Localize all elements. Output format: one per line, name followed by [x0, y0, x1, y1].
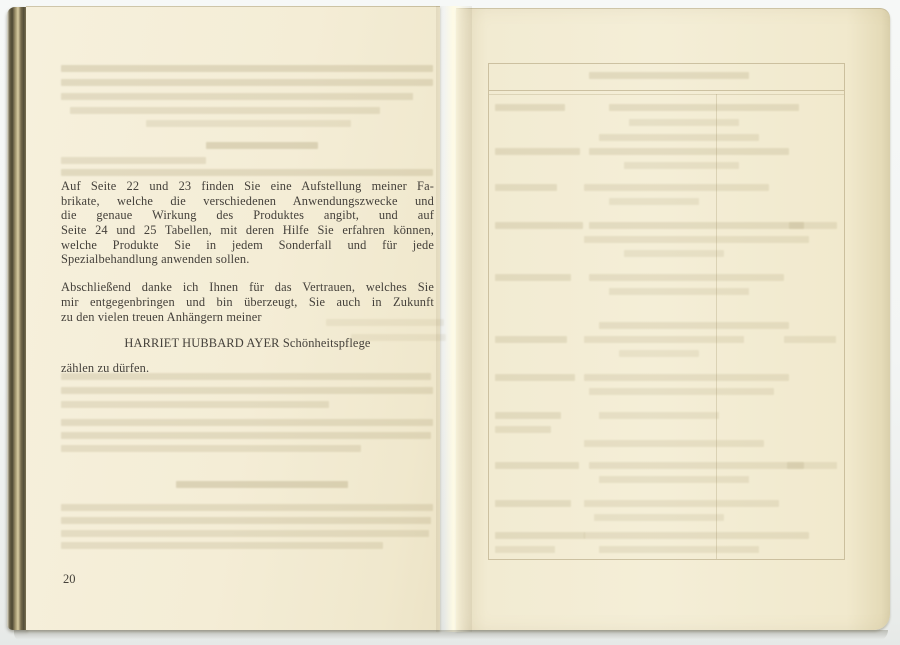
- bleed-through-line: [787, 462, 837, 469]
- bleed-through-line: [599, 322, 789, 329]
- bleed-through-line: [495, 462, 579, 469]
- bleed-through-line: [61, 157, 206, 164]
- bleed-through-line: [589, 462, 804, 469]
- bleed-through-line: [584, 500, 779, 507]
- bleed-through-line: [599, 412, 719, 419]
- bleed-through-line: [495, 374, 575, 381]
- text-line: Spezialbehandlung anwenden sollen.: [61, 252, 434, 267]
- bleed-through-line: [61, 542, 383, 549]
- bleed-through-line: [61, 93, 413, 100]
- bleed-through-line: [495, 104, 565, 111]
- bleed-through-line: [206, 142, 318, 149]
- bleed-through-line: [495, 546, 555, 553]
- text-line: welche Produkte Sie in jedem Sonderfall …: [61, 238, 434, 253]
- bleed-through-line: [146, 120, 351, 127]
- bleed-through-line: [495, 336, 567, 343]
- text-line: mir entgegenbringen und bin überzeugt, S…: [61, 295, 434, 310]
- bleed-through-line: [589, 388, 774, 395]
- bleed-through-line: [599, 134, 759, 141]
- text-line: Abschließend danke ich Ihnen für das Ver…: [61, 280, 434, 295]
- bleed-through-line: [61, 530, 429, 537]
- bleed-through-line: [584, 440, 764, 447]
- bleed-through-line: [176, 481, 348, 488]
- bleed-through-line: [619, 350, 699, 357]
- bleed-through-line: [495, 412, 561, 419]
- bleed-through-line: [584, 336, 744, 343]
- bleed-through-line: [629, 119, 739, 126]
- bleed-through-line: [61, 401, 329, 408]
- bleed-through-line: [495, 500, 571, 507]
- bleed-through-line: [495, 148, 580, 155]
- bleed-through-line: [584, 184, 769, 191]
- bleed-through-line: [609, 288, 749, 295]
- bleed-through-line: [495, 184, 557, 191]
- bleed-through-line: [609, 104, 799, 111]
- bleed-through-line: [599, 546, 759, 553]
- paragraph-thanks: Abschließend danke ich Ihnen für das Ver…: [61, 280, 434, 324]
- bleed-through-line: [589, 72, 749, 79]
- bleed-through-line: [326, 319, 444, 326]
- bleed-through-line: [784, 336, 836, 343]
- bleed-through-line: [351, 334, 446, 341]
- bleed-through-line: [495, 426, 551, 433]
- left-page: Auf Seite 22 und 23 finden Sie eine Aufs…: [26, 6, 440, 630]
- right-page: [456, 8, 890, 630]
- bleed-through-line: [495, 274, 571, 281]
- book-bottom-shadow: [14, 630, 888, 641]
- bleed-through-line: [61, 504, 433, 511]
- text-line: brikate, welche die verschiedenen Anwend…: [61, 194, 434, 209]
- bleed-through-line: [61, 79, 433, 86]
- bleed-through-line: [589, 222, 804, 229]
- bleed-through-line: [589, 148, 789, 155]
- bleed-through-line: [61, 169, 433, 176]
- bleed-through-table: [488, 63, 845, 560]
- bleed-through-line: [624, 250, 724, 257]
- ghost-table-header-rule: [489, 90, 844, 91]
- bleed-through-line: [584, 374, 789, 381]
- bleed-through-line: [789, 222, 837, 229]
- book-scan: Auf Seite 22 und 23 finden Sie eine Aufs…: [0, 0, 900, 645]
- text-line: Seite 24 und 25 Tabellen, mit deren Hilf…: [61, 223, 434, 238]
- page-number: 20: [63, 572, 76, 587]
- bleed-through-line: [584, 236, 809, 243]
- bleed-through-line: [624, 162, 739, 169]
- bleed-through-line: [495, 222, 583, 229]
- bleed-through-line: [61, 432, 431, 439]
- book-spine-edge: [7, 7, 27, 630]
- bleed-through-line: [61, 373, 431, 380]
- bleed-through-line: [61, 65, 433, 72]
- text-line: Auf Seite 22 und 23 finden Sie eine Aufs…: [61, 179, 434, 194]
- bleed-through-line: [599, 476, 749, 483]
- bleed-through-line: [70, 107, 380, 114]
- bleed-through-line: [61, 517, 431, 524]
- bleed-through-line: [584, 532, 809, 539]
- bleed-through-line: [495, 532, 585, 539]
- paragraph-overview: Auf Seite 22 und 23 finden Sie eine Aufs…: [61, 179, 434, 267]
- left-page-text: Auf Seite 22 und 23 finden Sie eine Aufs…: [61, 179, 434, 376]
- bleed-through-line: [61, 419, 433, 426]
- bleed-through-line: [594, 514, 724, 521]
- bleed-through-line: [61, 387, 433, 394]
- bleed-through-line: [609, 198, 699, 205]
- text-line: die genaue Wirkung des Produktes angibt,…: [61, 208, 434, 223]
- bleed-through-line: [589, 274, 784, 281]
- ghost-table-header-rule-2: [489, 94, 844, 95]
- bleed-through-line: [61, 445, 361, 452]
